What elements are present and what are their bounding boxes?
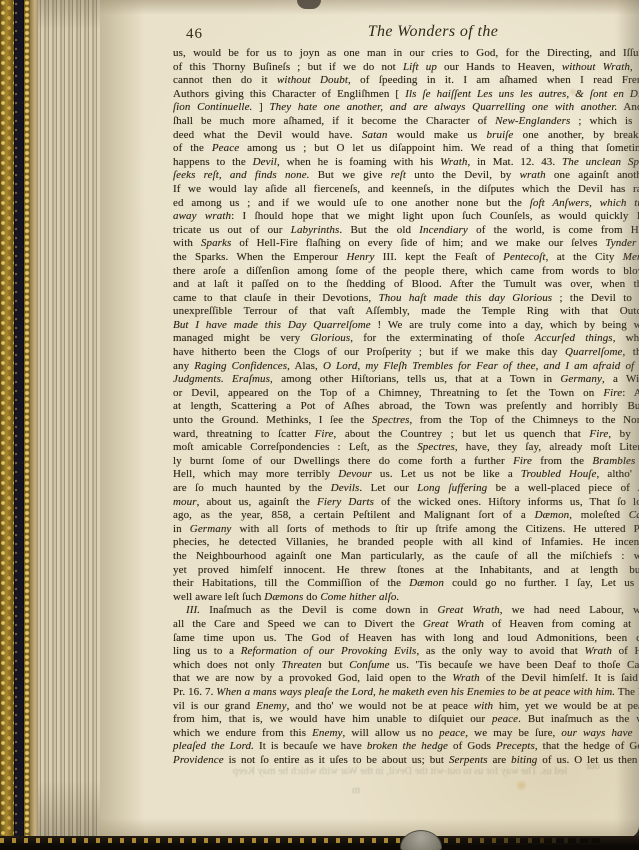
text-line: that we are now by a provoked God, laid … (173, 672, 639, 686)
text-line: ling us to a Reformation of our Provokin… (173, 645, 639, 659)
photo-edge-shadow (617, 0, 639, 838)
text-line: us, would be for us to joyn as one man i… (173, 47, 639, 61)
text-line: moſt amicable Correſpondencies : Leſt, a… (173, 441, 639, 455)
text-line: have hitherto been the Clogs of our Proſ… (173, 346, 639, 360)
text-line: came to that clauſe in their Devotions, … (173, 292, 639, 306)
text-line: ed among us ; and if we would uſe to one… (173, 197, 639, 211)
text-line: or Devil, appeared on the Top of a Chimn… (173, 387, 639, 401)
bleedthrough-mark: m (352, 785, 360, 796)
book-page: 46 The Wonders of the us, would be for u… (100, 0, 639, 838)
text-line: ſhall be much more aſhamed, if it become… (173, 115, 639, 129)
text-line: there aroſe a diſſenſion among ſome of t… (173, 265, 639, 279)
text-line: of this Thorny Buſineſs ; but if we do n… (173, 61, 639, 75)
bleedthrough-line: led us. The way for us to out-wit the De… (160, 766, 639, 777)
gilt-filigree-band (0, 0, 14, 850)
foxing-spot (515, 780, 528, 791)
text-line: cannot then do it without Doubt, of ſpee… (173, 74, 639, 88)
text-line: well aware leſt ſuch Dæmons do Come hith… (173, 591, 639, 605)
cover-bottom-edge (0, 836, 639, 850)
book-photo: 46 The Wonders of the us, would be for u… (0, 0, 639, 850)
text-line: ward, threatning to ſcatter Fire, about … (173, 428, 639, 442)
text-line: unexpreſſible Terrour of that vaſt Aſſem… (173, 305, 639, 319)
text-line: ly burnt ſome of our Dwellings there do … (173, 455, 639, 469)
text-line: But I have made this Day Quarrelſome ! W… (173, 319, 639, 333)
binding-spine (0, 0, 38, 850)
text-line: Pr. 16. 7. When a mans ways pleaſe the L… (173, 686, 639, 700)
text-line: ſion Continuelle. ] They hate one anothe… (173, 101, 639, 115)
text-line: If we would lay aſide all fierceneſs, an… (173, 183, 639, 197)
text-line: tricate us out of our Labyrinths. But th… (173, 224, 639, 238)
text-line: ago, as the year, 858, a certain Peſtile… (173, 509, 639, 523)
text-line: Hell, which may more terribly Devour us.… (173, 468, 639, 482)
text-line: vil is our grand Enemy, and tho' we woul… (173, 700, 639, 714)
text-line: away wrath: I ſhould hope that we might … (173, 210, 639, 224)
text-line: ſeeks reſt, and finds none. But we give … (173, 169, 639, 183)
text-line: which does not only Threaten but Conſume… (173, 659, 639, 673)
running-title: The Wonders of the (348, 23, 518, 41)
text-line: happens to the Devil, when he is foaming… (173, 156, 639, 170)
text-line: III. Inaſmuch as the Devil is come down … (173, 604, 639, 618)
text-line: unto the Ground. Methinks, I ſee the Spe… (173, 414, 639, 428)
leather-dark-band (14, 0, 24, 850)
text-line: at length, Scattering a Pot of Aſhes abr… (173, 400, 639, 414)
text-line: their Habitations, till the Commiſſion o… (173, 577, 639, 591)
text-line: which we endure from this Enemy, will al… (173, 727, 639, 741)
page-number: 46 (186, 26, 203, 43)
text-line: managed might be very Glorious, for the … (173, 332, 639, 346)
text-line: any Raging Confidences, Alas, O Lord, my… (173, 360, 639, 374)
text-line: of the Peace among us ; but O let us diſ… (173, 142, 639, 156)
text-line: pleaſed the Lord. It is becauſe we have … (173, 740, 639, 754)
foxing-spot (568, 88, 578, 96)
text-line: with Sparks of Hell-Fire flaſhing on eve… (173, 237, 639, 251)
text-line: in Germany with all ſorts of methods to … (173, 523, 639, 537)
gilt-edge-tooling (0, 838, 600, 843)
text-line: deed what the Devil would have. Satan wo… (173, 129, 639, 143)
text-line: all the Care and Speed we can to Divert … (173, 618, 639, 632)
text-line: ſame time upon us. The God of Heaven has… (173, 632, 639, 646)
text-line: yet proved himſelf innocent. He threw ſt… (173, 564, 639, 578)
text-line: mour, about us, againſt the Fiery Darts … (173, 496, 639, 510)
text-line: the Neighbourhood againſt one Man partic… (173, 550, 639, 564)
text-line: and at laſt it paſſed on to the ſhedding… (173, 278, 639, 292)
bleedthrough-catchword: our (586, 761, 600, 772)
leather-tan-strip (30, 0, 38, 850)
text-block: us, would be for us to joyn as one man i… (173, 47, 639, 767)
text-line: phecies, he detected Villanies, he brand… (173, 536, 639, 550)
text-line: from him, that is, we would have him una… (173, 713, 639, 727)
text-line: the Sparks. When the Emperour Henry III.… (173, 251, 639, 265)
text-line: are ſo much haunted by the Devils. Let o… (173, 482, 639, 496)
text-line: Judgments. Eraſmus, among other Hiſtoria… (173, 373, 639, 387)
